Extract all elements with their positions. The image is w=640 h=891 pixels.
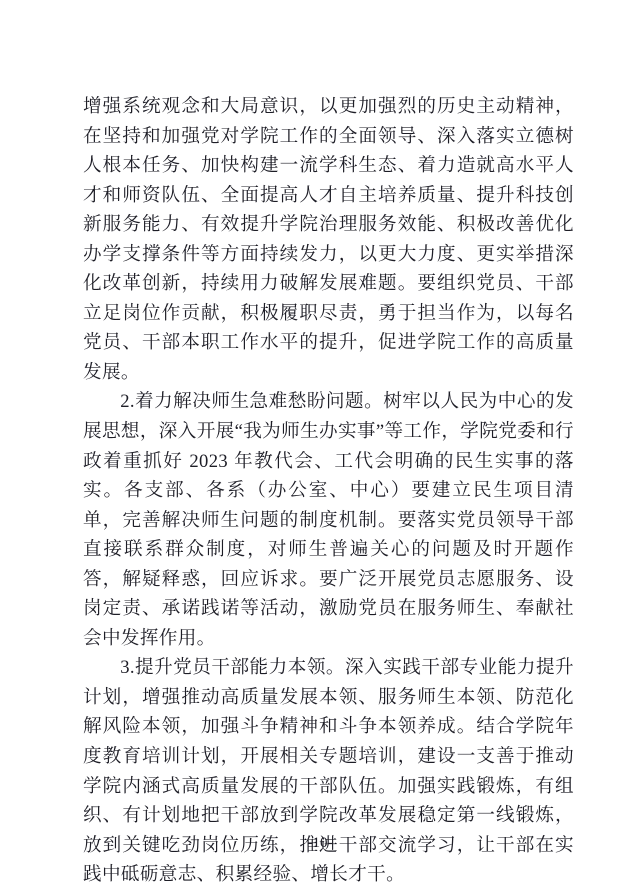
paragraph-item-3: 3.提升党员干部能力本领。深入实践干部专业能力提升计划，增强推动高质量发展本领、… [83,653,574,889]
page-number: -10- [0,834,640,852]
document-page: 增强系统观念和大局意识，以更加强烈的历史主动精神，在坚持和加强党对学院工作的全面… [0,0,640,891]
paragraph-continuation: 增强系统观念和大局意识，以更加强烈的历史主动精神，在坚持和加强党对学院工作的全面… [83,92,574,387]
paragraph-item-2: 2.着力解决师生急难愁盼问题。树牢以人民为中心的发展思想，深入开展“我为师生办实… [83,387,574,653]
document-body: 增强系统观念和大局意识，以更加强烈的历史主动精神，在坚持和加强党对学院工作的全面… [83,92,574,890]
